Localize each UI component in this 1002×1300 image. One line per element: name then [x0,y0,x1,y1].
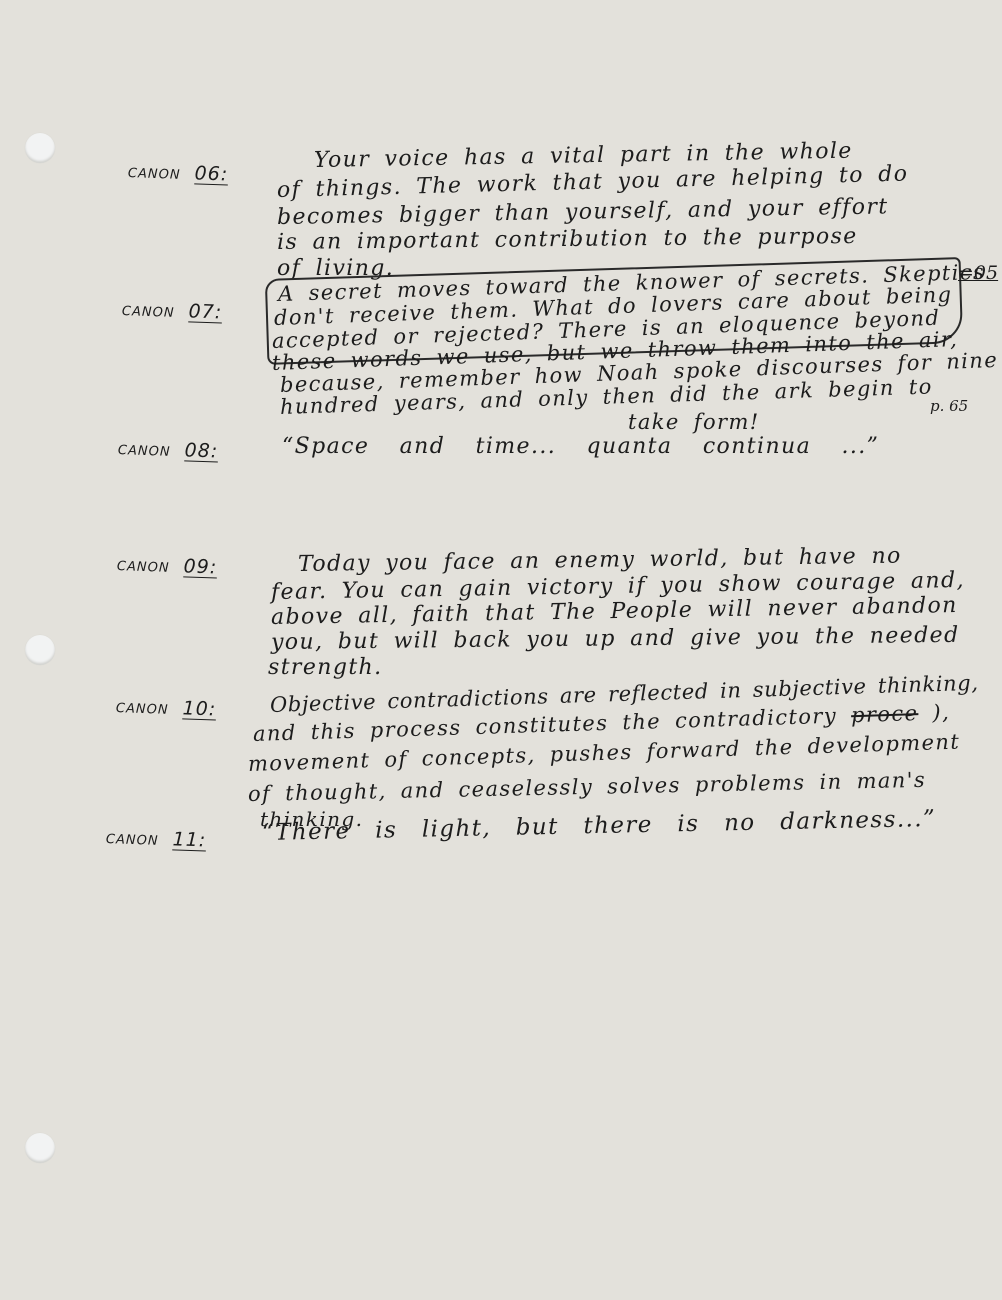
canon-word: CANON [106,832,159,849]
struck-word: proce [851,701,919,727]
canon-label: CANON10: [116,695,217,720]
canon-word: CANON [122,304,175,321]
canon-word: CANON [116,701,169,718]
punch-hole-bottom [25,1133,55,1163]
canon-word: CANON [128,166,181,183]
punch-hole-top [25,133,55,163]
canon-text-line: is an important contribution to the purp… [277,224,858,255]
canon-number: 11: [172,828,206,851]
canon-word: CANON [118,443,171,460]
canon-label: CANON07: [122,298,223,323]
punch-hole-middle [25,635,55,665]
canon-label: CANON09: [117,553,218,578]
cross-reference-note: =05 [958,262,998,284]
canon-label: CANON06: [128,160,229,185]
canon-number: 10: [182,697,216,720]
canon-word: CANON [117,559,170,576]
canon-number: 06: [194,162,228,185]
canon-text-line: strength. [268,655,383,680]
canon-text-line: “Space and time... quanta continua ...” [282,434,879,459]
canon-label: CANON08: [118,437,219,462]
canon-text-line: take form! [628,410,760,434]
canon-number: 09: [183,555,217,578]
page-reference: p. 65 [930,397,968,415]
canon-text-line: of thought, and ceaselessly solves probl… [248,768,927,806]
canon-number: 07: [188,300,222,323]
canon-number: 08: [184,439,218,462]
canon-label: CANON11: [106,826,207,851]
